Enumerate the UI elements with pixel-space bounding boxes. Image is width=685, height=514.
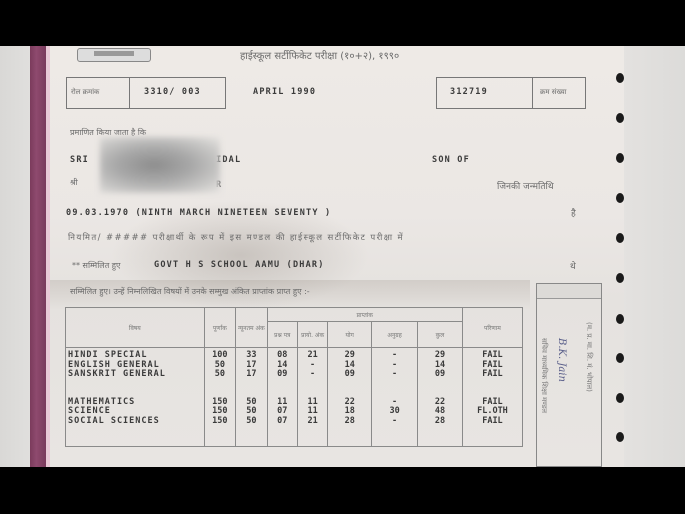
punch-hole <box>616 113 624 123</box>
punch-hole <box>616 353 624 363</box>
total-cell: 28 <box>328 417 372 427</box>
grand-cell: 09 <box>418 370 463 380</box>
punch-hole <box>616 233 624 243</box>
table-row: HINDI SPECIAL 100 33 08 21 29 - 29 FAIL <box>66 348 523 361</box>
punch-hole <box>616 314 624 324</box>
theory-cell: 08 <box>267 348 297 361</box>
grace-cell: - <box>372 370 418 380</box>
regular-candidate-line: नियमित/ ##### परीक्षार्थी के रूप में इस … <box>68 232 404 243</box>
father-prefix: श्री <box>70 177 78 188</box>
total-cell: 09 <box>328 370 372 380</box>
spine-edge <box>46 46 50 467</box>
grand-cell: 29 <box>418 348 463 361</box>
school-prefix: ** सम्मिलित हुए <box>72 260 120 271</box>
table-row: MATHEMATICS 150 50 11 11 22 - 22 FAIL <box>66 398 523 408</box>
max-cell: 150 <box>204 417 235 427</box>
board-logo <box>77 48 151 62</box>
roll-number-value: 3310/ 003 <box>144 87 201 97</box>
punch-hole <box>616 73 624 83</box>
header-result: परिणाम <box>462 308 522 348</box>
min-cell: 17 <box>236 370 267 380</box>
top-letterbox <box>0 0 685 46</box>
result-cell: FAIL <box>462 370 522 380</box>
table-row-spacer <box>66 426 523 446</box>
grace-cell: - <box>372 348 418 361</box>
school-name: GOVT H S SCHOOL AAMU (DHAR) <box>154 260 325 270</box>
table-row-spacer <box>66 380 523 398</box>
table-row: SOCIAL SCIENCES 150 50 07 21 28 - 28 FAI… <box>66 417 523 427</box>
practical-cell: 21 <box>297 348 327 361</box>
serial-number-label: क्रम संख्या <box>540 88 567 97</box>
grand-cell: 28 <box>418 417 463 427</box>
subject-cell: SANSKRIT GENERAL <box>66 370 205 380</box>
punch-hole <box>616 273 624 283</box>
bottom-letterbox <box>0 467 685 514</box>
header-obtained: प्राप्तांक <box>267 308 462 322</box>
subject-cell: HINDI SPECIAL <box>66 348 205 361</box>
min-cell: 33 <box>236 348 267 361</box>
header-grand-total: कुल <box>418 322 463 348</box>
document-title: हाईस्कूल सर्टीफिकेट परीक्षा (१०+२), १९९० <box>240 48 399 62</box>
date-of-birth: 09.03.1970 (NINTH MARCH NINETEEN SEVENTY… <box>66 208 331 218</box>
punch-hole <box>616 432 624 442</box>
folder-spine <box>30 46 46 467</box>
serial-number-value: 312719 <box>450 87 488 97</box>
header-subject: विषय <box>66 308 205 348</box>
table-row: SANSKRIT GENERAL 50 17 09 - 09 - 09 FAIL <box>66 370 523 380</box>
marks-table: विषय पूर्णांक न्यूनतम अंक प्राप्तांक परि… <box>65 307 523 447</box>
subject-cell: SOCIAL SCIENCES <box>66 417 205 427</box>
son-of-label: SON OF <box>432 155 470 165</box>
punch-hole <box>616 193 624 203</box>
signature: B.K. Jain <box>556 338 567 382</box>
header-theory: प्रश्न पत्र <box>267 322 297 348</box>
header-min-marks: न्यूनतम अंक <box>236 308 267 348</box>
min-cell: 50 <box>236 417 267 427</box>
dob-label: जिनकी जन्मतिथि <box>497 179 554 192</box>
practical-cell: - <box>297 370 327 380</box>
max-cell: 50 <box>204 370 235 380</box>
roll-number-label: रोल क्रमांक <box>71 88 99 97</box>
redacted-name <box>100 137 220 193</box>
practical-cell: 21 <box>297 417 327 427</box>
theory-cell: 07 <box>267 417 297 427</box>
header-practical: प्रायो. अंक <box>297 322 327 348</box>
total-cell: 29 <box>328 348 372 361</box>
result-cell: FAIL <box>462 417 522 427</box>
exam-session: APRIL 1990 <box>253 87 316 97</box>
the-text: थे <box>570 259 576 272</box>
grace-cell: - <box>372 417 418 427</box>
name-prefix: SRI <box>70 155 89 165</box>
header-max-marks: पूर्णांक <box>204 308 235 348</box>
hai-text: है <box>571 206 576 219</box>
header-grace: अनुग्रह <box>372 322 418 348</box>
secretary-text: सचिव माध्यमिक शिक्षा मण्डल <box>540 338 549 413</box>
punch-hole <box>616 393 624 403</box>
result-cell: FAIL <box>462 348 522 361</box>
header-total: योग <box>328 322 372 348</box>
subjects-intro-line: सम्मिलित हुए। उन्हें निम्नलिखित विषयों म… <box>70 286 310 297</box>
punch-hole <box>616 153 624 163</box>
max-cell: 100 <box>204 348 235 361</box>
board-seal-text: (म. प्र. मा. शि. मं. भोपाल) <box>585 322 594 392</box>
theory-cell: 09 <box>267 370 297 380</box>
